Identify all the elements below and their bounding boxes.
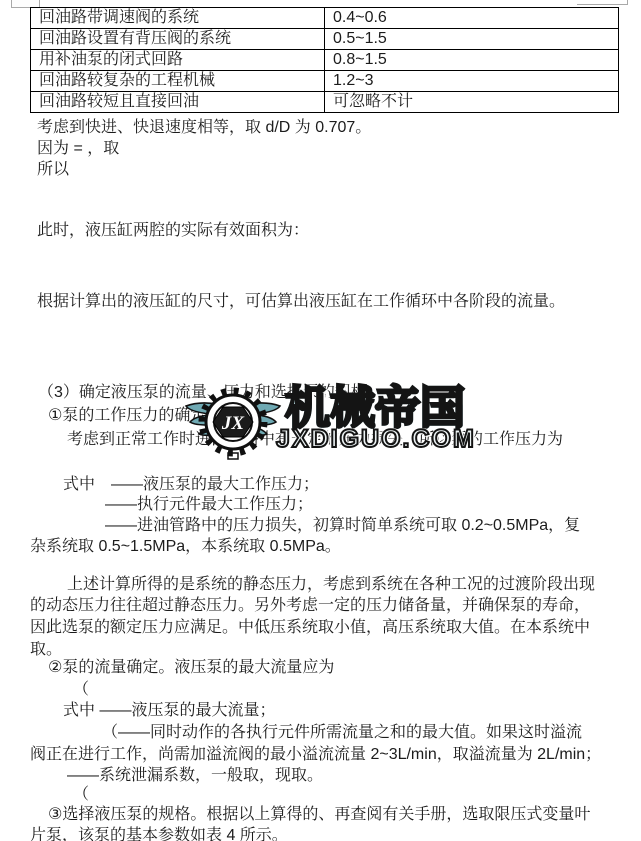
table-row: 回油路较短且直接回油 可忽略不计 [31, 92, 619, 113]
table-cell-value: 1.2~3 [325, 71, 619, 92]
text-line: 此时，液压缸两腔的实际有效面积为： [30, 221, 309, 241]
table-row: 回油路设置有背压阀的系统 0.5~1.5 [31, 29, 619, 50]
text-line: （ [30, 785, 89, 805]
text-line: 片泵，该泵的基本参数如表 4 所示。 [30, 826, 288, 841]
text-line: 的动态压力往往超过静态压力。另外考虑一定的压力储备量，并确保泵的寿命， [30, 596, 590, 616]
text-line: ——系统泄漏系数，一般取，现取。 [30, 766, 323, 786]
table-cell-label: 回油路带调速阀的系统 [31, 8, 325, 29]
text-line: 考虑到快进、快退速度相等，取 d/D 为 0.707。 [30, 118, 371, 138]
table-row: 用补油泵的闭式回路 0.8~1.5 [31, 50, 619, 71]
text-line: 式中 ——液压泵的最大工作压力； [30, 475, 319, 495]
table-cell-label: 回油路较复杂的工程机械 [31, 71, 325, 92]
table-cell-value: 可忽略不计 [325, 92, 619, 113]
text-line: 式中 ——液压泵的最大流量； [30, 701, 275, 721]
table-cell-value: 0.8~1.5 [325, 50, 619, 71]
table-cell-label: 回油路设置有背压阀的系统 [31, 29, 325, 50]
table-cell-label: 回油路较短且直接回油 [31, 92, 325, 113]
text-line: （ [30, 680, 89, 700]
text-line: 上述计算所得的是系统的静态压力，考虑到系统在各种工况的过渡阶段出现 [30, 575, 595, 595]
text-line: 杂系统取 0.5~1.5MPa，本系统取 0.5MPa。 [30, 537, 341, 557]
text-line: 因为 = ，取 [30, 139, 119, 159]
text-line: ——进油管路中的压力损失，初算时简单系统可取 0.2~0.5MPa，复 [30, 516, 580, 536]
cutoff-remnant-top-right [577, 0, 628, 5]
back-pressure-table: 回油路带调速阀的系统 0.4~0.6 回油路设置有背压阀的系统 0.5~1.5 … [30, 7, 619, 113]
text-line: ③选择液压泵的规格。根据以上算得的、再查阅有关手册，选取限压式变量叶 [30, 805, 590, 825]
domain-text: JXDIGUO.COM [276, 427, 476, 452]
text-line: 根据计算出的液压缸的尺寸，可估算出液压缸在工作循环中各阶段的流量。 [30, 292, 565, 312]
table-row: 回油路较复杂的工程机械 1.2~3 [31, 71, 619, 92]
text-line: 取。 [30, 640, 62, 660]
document-page: 回油路带调速阀的系统 0.4~0.6 回油路设置有背压阀的系统 0.5~1.5 … [0, 0, 641, 841]
brand-text: 机械帝国 [285, 385, 465, 430]
text-line: 因此选泵的额定压力应满足。中低压系统取小值，高压系统取大值。在本系统中 [30, 618, 590, 638]
table-cell-label: 用补油泵的闭式回路 [31, 50, 325, 71]
table-cell-value: 0.4~0.6 [325, 8, 619, 29]
text-line: 阀正在进行工作，尚需加溢流阀的最小溢流流量 2~3L/min，取溢流量为 2L/… [30, 745, 601, 765]
table-cell-value: 0.5~1.5 [325, 29, 619, 50]
text-line: ——执行元件最大工作压力； [30, 495, 313, 515]
text-line: （——同时动作的各执行元件所需流量之和的最大值。如果这时溢流 [30, 723, 582, 743]
watermark-logo: JX 机械帝国 JXDIGUO.COM [183, 376, 483, 468]
table-row: 回油路带调速阀的系统 0.4~0.6 [31, 8, 619, 29]
jx-monogram: JX [221, 413, 246, 434]
text-line: 所以 [30, 160, 69, 180]
winged-gear-icon: JX [183, 378, 293, 468]
text-line: ②泵的流量确定。液压泵的最大流量应为 [30, 658, 334, 678]
